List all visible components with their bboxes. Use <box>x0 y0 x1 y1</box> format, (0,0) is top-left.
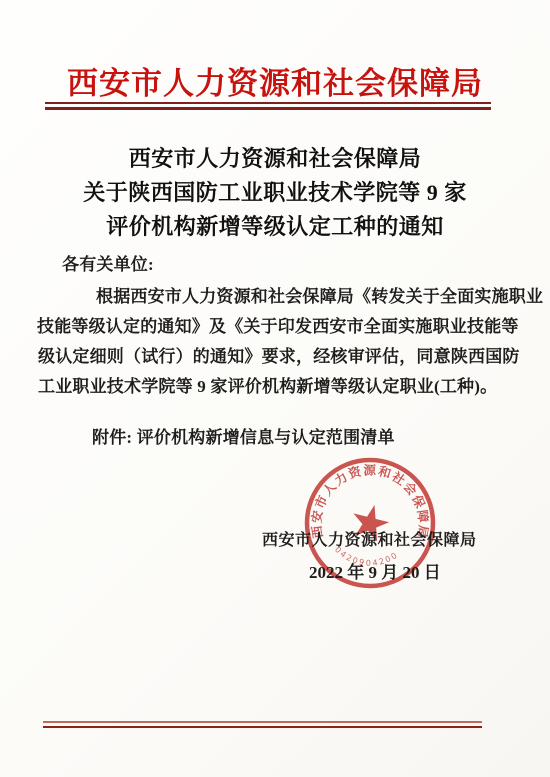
document-page: 西安市人力资源和社会保障局 西安市人力资源和社会保障局 关于陕西国防工业职业技术… <box>0 0 550 777</box>
title-line-1: 西安市人力资源和社会保障局 <box>0 142 550 176</box>
document-title: 西安市人力资源和社会保障局 关于陕西国防工业职业技术学院等 9 家 评价机构新增… <box>0 142 550 244</box>
paragraph-line: 工业职业技术学院等 9 家评价机构新增等级认定职业(工种)。 <box>38 372 497 397</box>
attachment-line: 附件: 评价机构新增信息与认定范围清单 <box>92 423 395 448</box>
salutation: 各有关单位: <box>62 250 154 275</box>
masthead-title: 西安市人力资源和社会保障局 <box>0 58 550 103</box>
paragraph-line: 级认定细则（试行）的通知》要求，经核审评估，同意陕西国防 <box>38 342 520 367</box>
title-line-3: 评价机构新增等级认定工种的通知 <box>0 210 550 244</box>
paragraph-line: 根据西安市人力资源和社会保障局《转发关于全面实施职业 <box>96 282 543 307</box>
signature-organization: 西安市人力资源和社会保障局 <box>262 527 477 550</box>
signature-date: 2022 年 9 月 20 日 <box>309 558 441 583</box>
masthead-double-rule <box>45 102 491 110</box>
footer-double-rule <box>43 721 482 728</box>
paragraph-line: 技能等级认定的通知》及《关于印发西安市全面实施职业技能等 <box>37 312 519 337</box>
title-line-2: 关于陕西国防工业职业技术学院等 9 家 <box>0 176 550 210</box>
